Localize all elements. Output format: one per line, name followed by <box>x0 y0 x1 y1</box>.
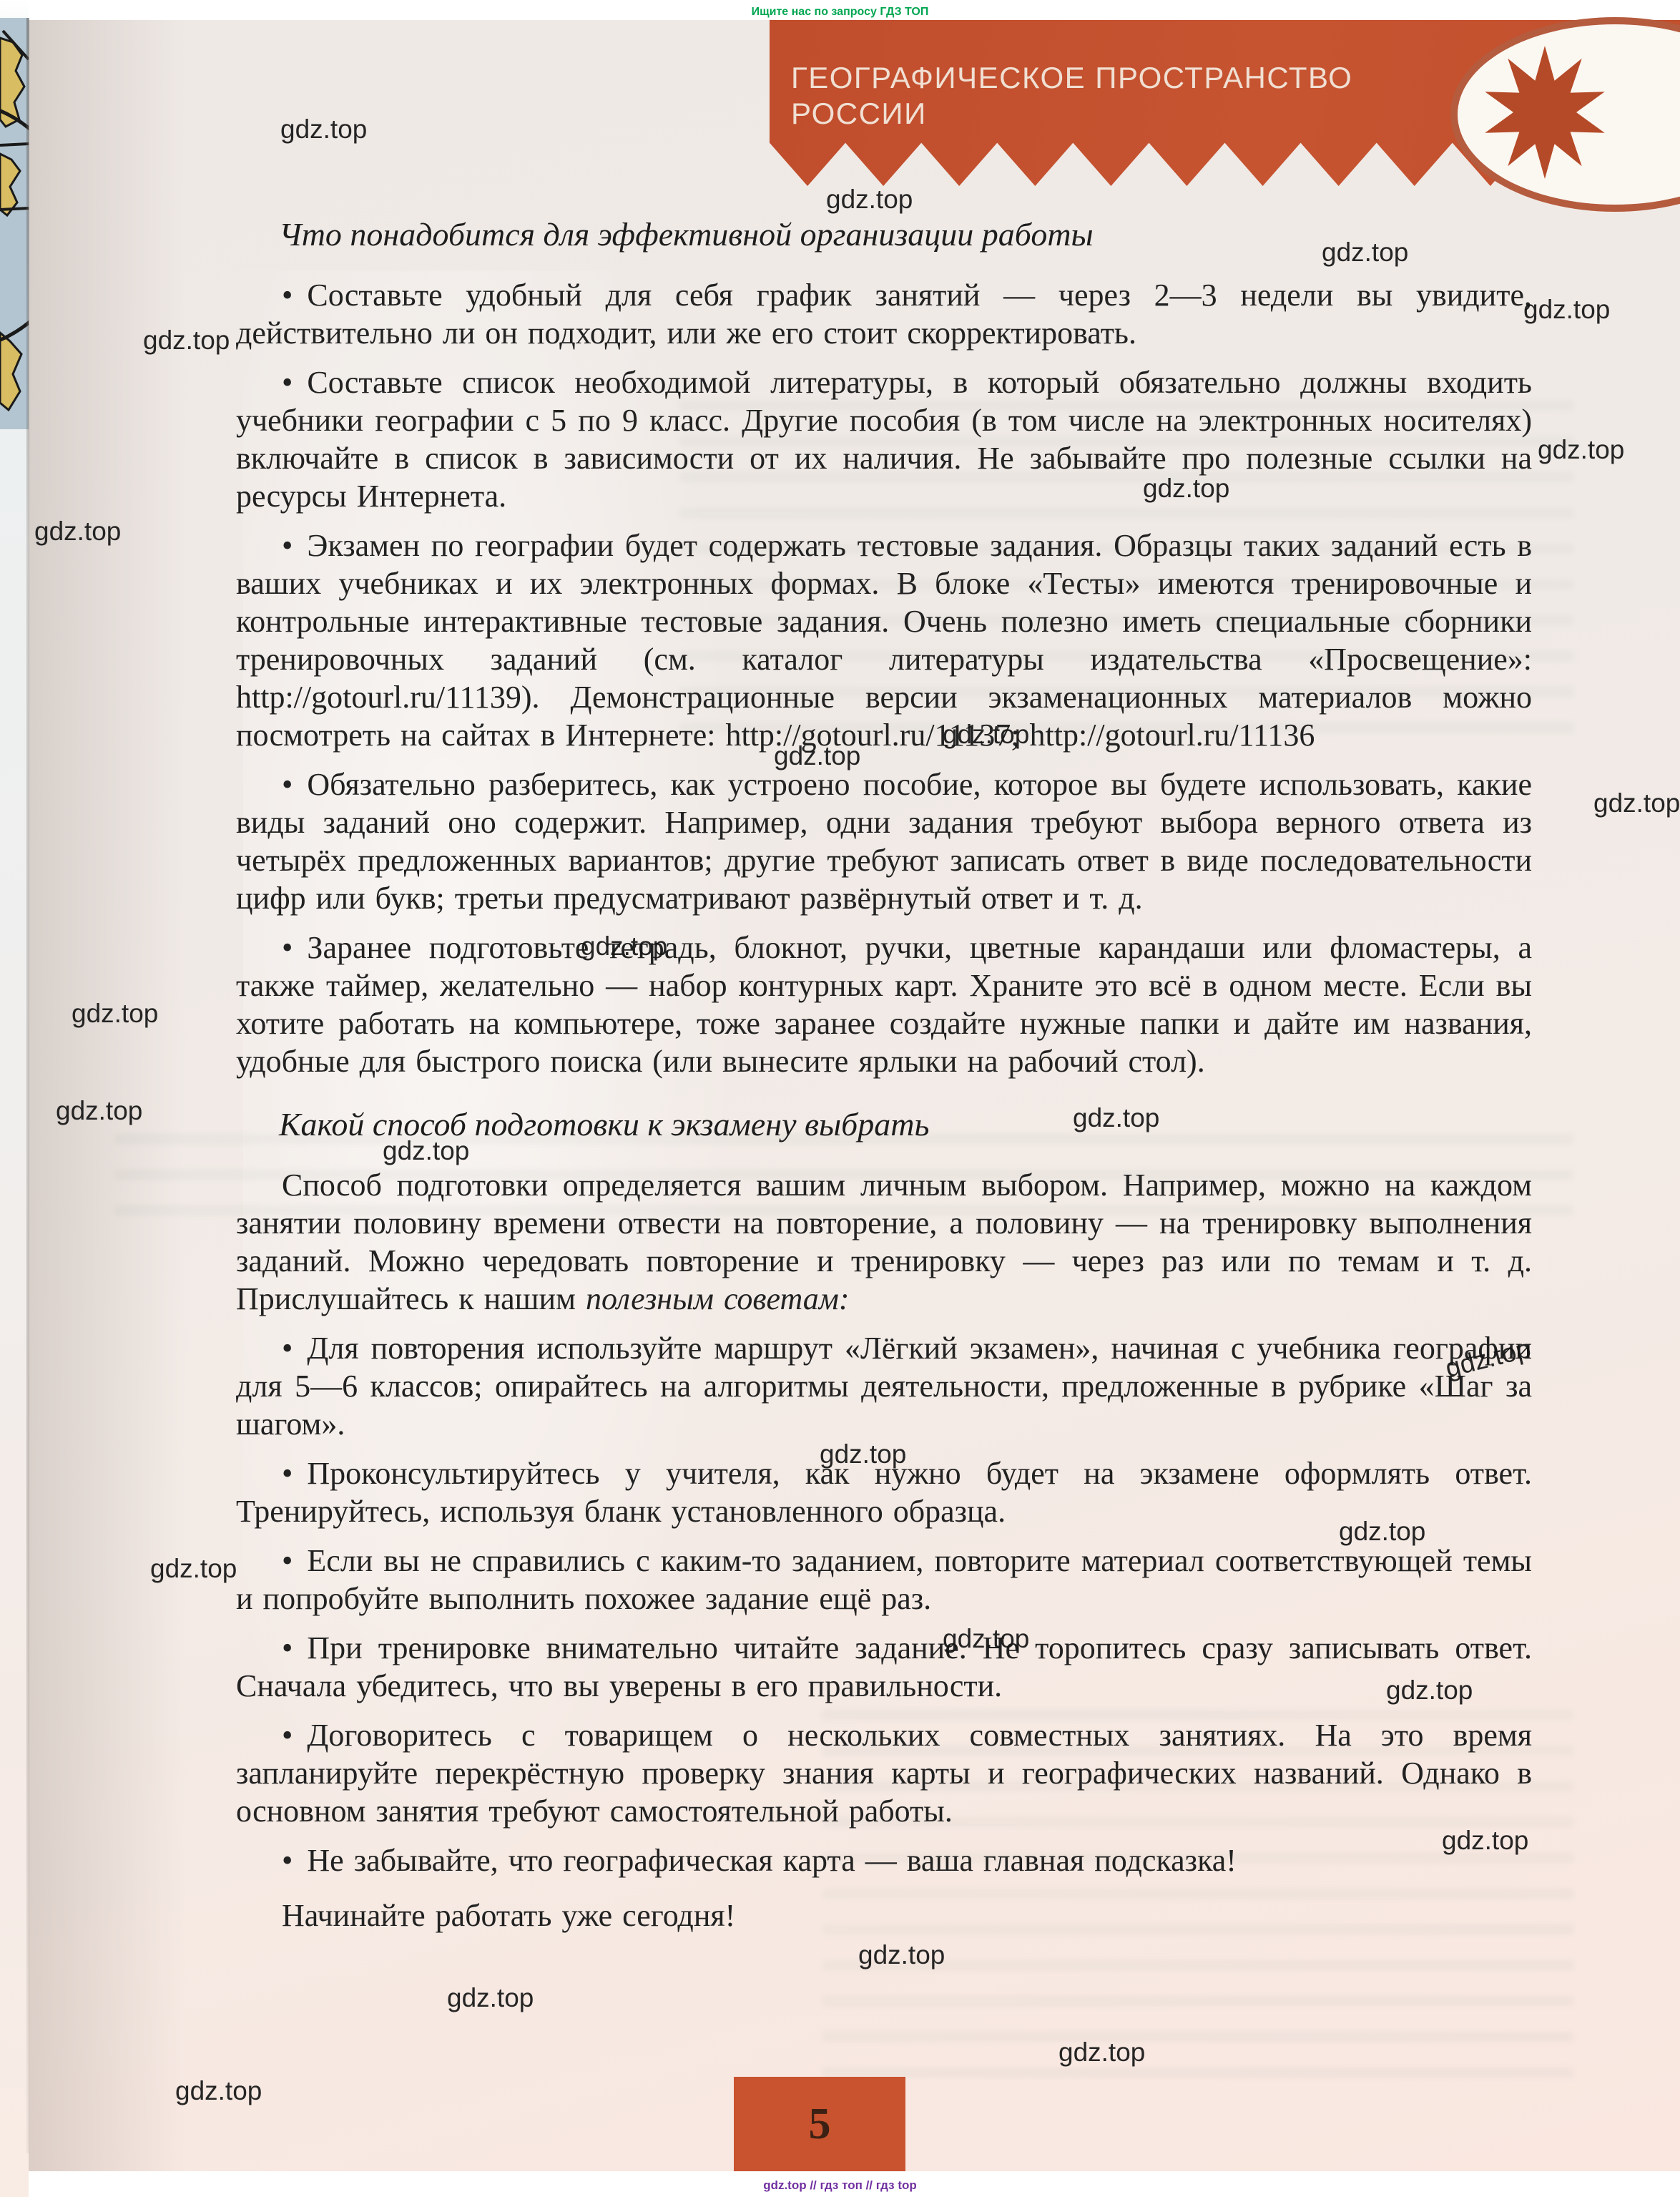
bullet-paragraph: •Обязательно разберитесь, как устроено п… <box>236 765 1532 917</box>
map-fragment-graphic <box>0 18 29 429</box>
chapter-title-line2: РОССИИ <box>791 96 1352 132</box>
previous-page-edge <box>0 0 29 2197</box>
bullet-text: Для повторения используйте маршрут «Лёгк… <box>236 1331 1532 1442</box>
intro-text: Способ подготовки определяется вашим лич… <box>236 1168 1532 1316</box>
bullet-text: Составьте удобный для себя график заняти… <box>236 278 1532 351</box>
watermark: gdz.top <box>1322 238 1408 268</box>
watermark: gdz.top <box>826 185 913 215</box>
page-number-box: 5 <box>734 2077 905 2171</box>
watermark: gdz.top <box>72 999 158 1029</box>
watermark: gdz.top <box>175 2076 262 2106</box>
chapter-title-line1: ГЕОГРАФИЧЕСКОЕ ПРОСТРАНСТВО <box>791 60 1352 96</box>
footer-watermark: gdz.top // гдз топ // гдз top <box>0 2178 1680 2193</box>
intro-italic: полезным советам: <box>586 1281 850 1316</box>
watermark: gdz.top <box>56 1096 142 1126</box>
bullet-paragraph: •При тренировке внимательно читайте зада… <box>236 1629 1532 1705</box>
bullet-text: Экзамен по географии будет содержать тес… <box>236 528 1532 753</box>
bullet-paragraph: •Составьте удобный для себя график занят… <box>236 276 1532 352</box>
watermark: gdz.top <box>447 1983 534 2013</box>
bullet-text: Составьте список необходимой литературы,… <box>236 365 1532 514</box>
watermark: gdz.top <box>943 1624 1029 1654</box>
bullet-paragraph: •Не забывайте, что географическая карта … <box>236 1841 1532 1879</box>
bullet-paragraph: •Заранее подготовьте тетрадь, блокнот, р… <box>236 929 1532 1080</box>
bullet-dot: • <box>282 1331 293 1366</box>
watermark: gdz.top <box>820 1439 906 1469</box>
page-crease <box>26 18 29 2153</box>
bullet-text: Заранее подготовьте тетрадь, блокнот, ру… <box>236 930 1532 1079</box>
bullet-text: Не забывайте, что географическая карта —… <box>307 1843 1237 1878</box>
watermark: gdz.top <box>143 326 230 356</box>
intro-paragraph: Способ подготовки определяется вашим лич… <box>236 1166 1532 1318</box>
bullet-text: Если вы не справились с каким-то задание… <box>236 1543 1532 1616</box>
bullet-text: При тренировке внимательно читайте задан… <box>236 1630 1532 1703</box>
bullet-dot: • <box>282 1543 293 1578</box>
page-number: 5 <box>809 2099 831 2150</box>
watermark: gdz.top <box>943 720 1029 750</box>
watermark: gdz.top <box>1442 1826 1528 1856</box>
bullet-dot: • <box>282 365 293 400</box>
scanned-page: Ищите нас по запросу ГДЗ ТОП ГЕОГРАФИЧЕС… <box>0 0 1680 2197</box>
bullet-paragraph: •Экзамен по географии будет содержать те… <box>236 527 1532 754</box>
text-column: Что понадобится для эффективной организа… <box>236 215 1532 1946</box>
promo-text: Ищите нас по запросу ГДЗ ТОП <box>0 6 1680 19</box>
watermark: gdz.top <box>150 1554 237 1584</box>
bullet-dot: • <box>282 930 293 965</box>
bullet-dot: • <box>282 1456 293 1491</box>
bullet-dot: • <box>282 1843 293 1878</box>
watermark: gdz.top <box>1143 474 1229 504</box>
bullet-text: Обязательно разберитесь, как устроено по… <box>236 767 1532 916</box>
watermark: gdz.top <box>581 931 667 962</box>
bullet-dot: • <box>282 1718 293 1753</box>
watermark: gdz.top <box>1523 295 1610 325</box>
bullet-paragraph: •Составьте список необходимой литературы… <box>236 363 1532 515</box>
bullet-dot: • <box>282 528 293 563</box>
bullet-dot: • <box>282 1630 293 1665</box>
chapter-title: ГЕОГРАФИЧЕСКОЕ ПРОСТРАНСТВО РОССИИ <box>791 60 1352 132</box>
bullet-paragraph: •Для повторения используйте маршрут «Лёг… <box>236 1329 1532 1443</box>
watermark: gdz.top <box>1538 435 1624 465</box>
bullet-dot: • <box>282 278 293 313</box>
watermark: gdz.top <box>774 741 860 771</box>
watermark: gdz.top <box>280 114 367 145</box>
bullet-text: Договоритесь с товарищем о нескольких со… <box>236 1718 1532 1829</box>
bullet-paragraph: •Договоритесь с товарищем о нескольких с… <box>236 1716 1532 1830</box>
bullet-paragraph: •Если вы не справились с каким-то задани… <box>236 1542 1532 1618</box>
watermark: gdz.top <box>1058 2037 1145 2068</box>
watermark: gdz.top <box>1593 788 1680 818</box>
watermark: gdz.top <box>858 1940 945 1970</box>
bullet-dot: • <box>282 767 293 802</box>
watermark: gdz.top <box>1339 1517 1425 1547</box>
watermark: gdz.top <box>1073 1103 1159 1133</box>
closing-line: Начинайте работать уже сегодня! <box>236 1897 1532 1934</box>
watermark: gdz.top <box>34 517 121 547</box>
watermark: gdz.top <box>383 1136 469 1166</box>
watermark: gdz.top <box>1386 1675 1473 1706</box>
